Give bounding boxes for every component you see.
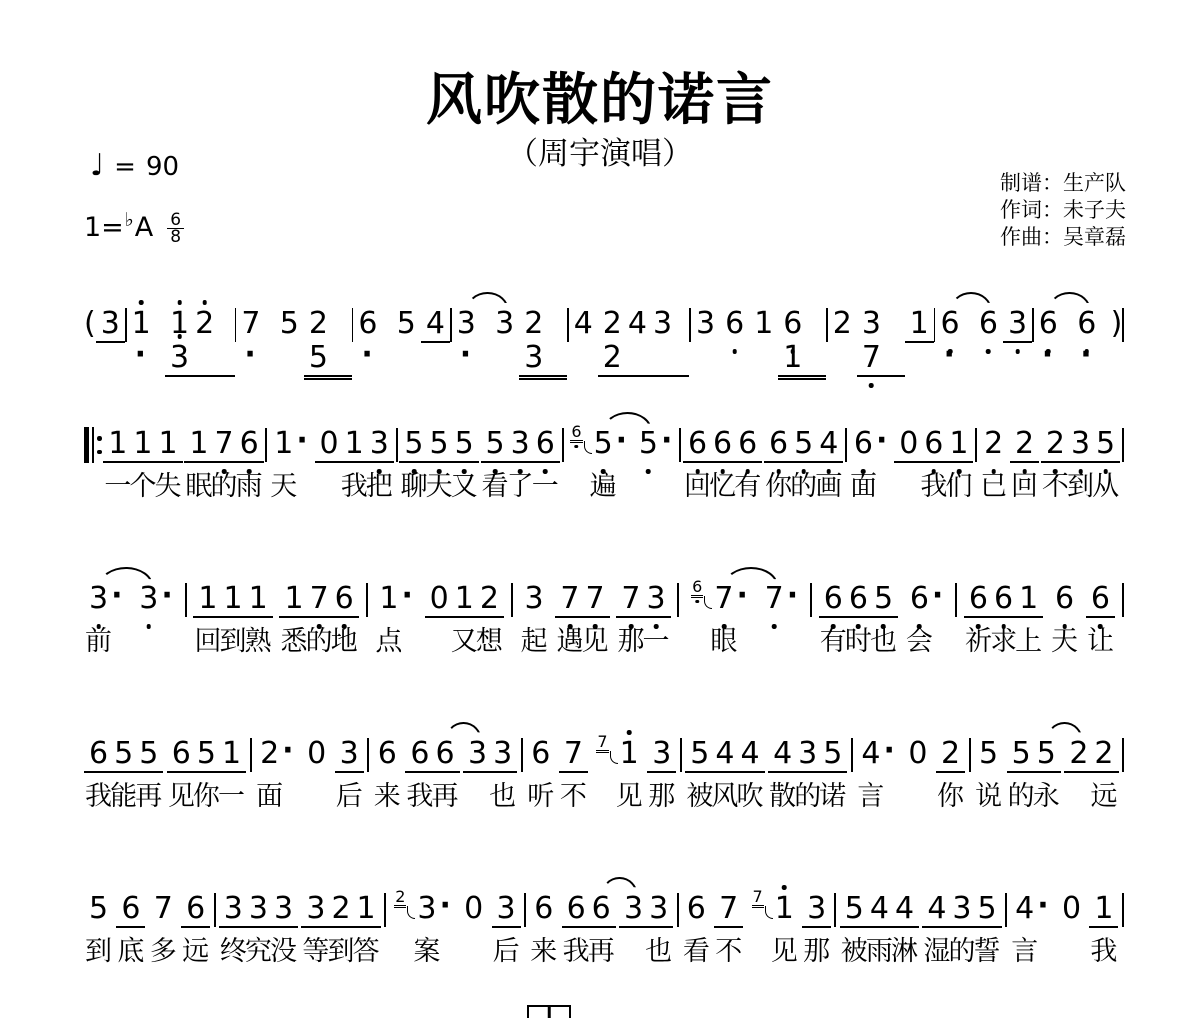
note: 6忆 [713, 427, 732, 461]
note-digit: 3 [1008, 307, 1027, 341]
note: 65遍· [570, 427, 627, 461]
note: 3终 [224, 892, 243, 926]
note: 4散 [773, 737, 792, 771]
note: 1个 [133, 427, 152, 461]
note: 6· [358, 307, 386, 375]
lyric: 也 [645, 938, 672, 965]
note-digit: 3把 [370, 427, 389, 461]
note-digit: 1 [783, 341, 802, 375]
beam-group: 5聊5天5又 [399, 427, 478, 463]
note: 3 [495, 307, 514, 341]
note-group: 3 [691, 307, 720, 341]
beam-group: 7那3一 [616, 582, 670, 618]
note-digit: 3后 [340, 737, 359, 771]
octave-dot-low [772, 624, 777, 629]
note-group: 2已 [979, 427, 1008, 461]
lyric: 等 [302, 938, 329, 965]
beam-group: 5的5永 [1007, 737, 1061, 773]
rest: 0 [320, 427, 339, 461]
note: 3 [101, 307, 120, 341]
note-digit: 3的 [798, 737, 817, 771]
lyric: 回 [684, 473, 711, 500]
beam-group: 37 [857, 307, 905, 377]
note-digit: 7不 [719, 892, 738, 926]
beam-group: 6我5能5再 [84, 737, 163, 773]
note-digit: 5永 [1037, 737, 1056, 771]
octave-dot-low [732, 349, 737, 354]
lyric: 面 [850, 473, 877, 500]
note: 3· [139, 582, 173, 616]
note-group: 3起 [520, 582, 549, 616]
note: 6再 [592, 892, 611, 926]
note-digit: 2远 [1094, 737, 1113, 771]
note-group: 5说 [974, 737, 1003, 771]
grace-hook [610, 751, 618, 764]
lyric: 我 [920, 473, 947, 500]
note: 5你 [197, 737, 216, 771]
note: 3那 [807, 892, 826, 926]
barline [265, 428, 267, 462]
note: 4风 [715, 737, 734, 771]
lyric: 已 [980, 473, 1007, 500]
beam-group: 6祈6求1上 [964, 582, 1043, 618]
lyric: 多 [150, 938, 177, 965]
note: 1上 [1019, 582, 1038, 616]
lyric: 言 [1011, 938, 1038, 965]
note-digit: 7 [241, 307, 260, 341]
note: 4言· [861, 737, 895, 771]
note: 1 [754, 307, 773, 341]
note: 3的 [798, 737, 817, 771]
lyric: 我 [563, 938, 590, 965]
beam-group: 2你 [936, 737, 965, 773]
note: 7遇 [560, 582, 579, 616]
note-digit: 7见 [586, 582, 605, 616]
note: 5被 [845, 892, 864, 926]
note-digit: 0 [430, 582, 449, 616]
lyric: 说 [975, 783, 1002, 810]
note: 6时 [849, 582, 868, 616]
lyric: 见 [616, 783, 643, 810]
note-digit: 6面 [854, 427, 873, 461]
note-digit: 5说 [979, 737, 998, 771]
note: 2面· [260, 737, 294, 771]
augmentation-dot: · [361, 337, 372, 372]
note: 6会· [910, 582, 944, 616]
note-digit: 5天 [430, 427, 449, 461]
note: 2远 [1094, 737, 1113, 771]
lyric: 我 [341, 473, 368, 500]
note-digit: 6我 [924, 427, 943, 461]
note: 1一 [108, 427, 127, 461]
augmentation-dot: · [1037, 888, 1048, 923]
note-digit: 6 [358, 307, 377, 341]
note: 23案· [394, 892, 451, 926]
note: 7那 [621, 582, 640, 616]
note-group: 3前· [84, 582, 128, 616]
beam-group: 6远 [181, 892, 210, 928]
note-group: 1· [127, 307, 165, 375]
note-digit: 6 [1039, 307, 1058, 341]
note-digit: 3 [139, 582, 158, 616]
barline [367, 738, 369, 772]
beam-group: 123 [165, 307, 235, 377]
note: 5看 [486, 427, 505, 461]
note: 2已 [984, 427, 1003, 461]
note-group: 7· [236, 307, 274, 375]
augmentation-dot: · [111, 578, 122, 613]
beam-group: 1我 [1089, 892, 1118, 928]
lyric: 时 [845, 628, 872, 655]
note-digit: 5 [309, 341, 328, 375]
barline [524, 893, 526, 927]
beam-group: 3后 [492, 892, 521, 928]
note: 3 [653, 307, 672, 341]
note-digit: 3 [101, 307, 120, 341]
beam-group: 3 [1003, 307, 1032, 343]
note: 6底 [121, 892, 140, 926]
note-digit: 4湿 [927, 892, 946, 926]
note-digit: 2已 [984, 427, 1003, 461]
lyric: 遍 [590, 473, 617, 500]
note: 6天 [1055, 582, 1074, 616]
barline [1122, 308, 1124, 342]
note-digit: 3 [624, 892, 643, 926]
note: 2 [524, 307, 543, 341]
octave-dot-high [177, 334, 182, 339]
lyric: 到 [1067, 473, 1094, 500]
augmentation-dot: · [736, 578, 747, 613]
note: 1悉 [284, 582, 303, 616]
beam-group: 6回6忆6有 [683, 427, 762, 463]
lyric: 把 [366, 473, 393, 500]
note-digit: 6再 [592, 892, 611, 926]
lyric: 见 [582, 628, 609, 655]
note-digit: 4言 [1015, 892, 1034, 926]
note-digit: 4淋 [895, 892, 914, 926]
beam-group: 6你5的4画 [764, 427, 843, 463]
note-digit: 5的 [1012, 737, 1031, 771]
note: 6祈 [969, 582, 988, 616]
augmentation-dot: · [1042, 337, 1053, 372]
augmentation-dot: · [401, 578, 412, 613]
lyric: 上 [1015, 628, 1042, 655]
barline [834, 893, 836, 927]
note-digit: 3那 [807, 892, 826, 926]
note: 6 [783, 307, 802, 341]
note-group: 6· [353, 307, 391, 375]
beam-group: 06我1们 [894, 427, 973, 463]
note: 5被 [690, 737, 709, 771]
beam-group: 6底 [116, 892, 145, 928]
note-digit: 2你 [941, 737, 960, 771]
augmentation-dot: · [296, 423, 307, 458]
note-digit: 3一 [646, 582, 665, 616]
music-systems: (31·1237·5256·543·323424323616123716·636… [0, 0, 1200, 1018]
beam-group: 33也 [619, 892, 673, 928]
beam-group: 7遇7见 [555, 582, 609, 618]
cutoff-fragment [527, 1005, 571, 1018]
note: 4言· [1015, 892, 1049, 926]
lyric: 再 [135, 783, 162, 810]
lyric: 誓 [974, 938, 1001, 965]
note-digit: 3案 [417, 892, 436, 926]
note-group: 6看 [682, 892, 711, 926]
note: 5聊 [404, 427, 423, 461]
lyric: 让 [1087, 628, 1114, 655]
note: 2你 [941, 737, 960, 771]
lyric: 的 [948, 938, 975, 965]
note: 4雨 [870, 892, 889, 926]
note-digit: 3 [495, 307, 514, 341]
beam-group: 7不 [714, 892, 743, 928]
beam-group: 6我6再 [405, 737, 459, 773]
note-digit: 6看 [687, 892, 706, 926]
lyric: 吹 [737, 783, 764, 810]
note-digit: 3没 [274, 892, 293, 926]
note-digit: 6求 [994, 582, 1013, 616]
note-digit: 6有 [824, 582, 843, 616]
note: 7的 [310, 582, 329, 616]
lyric: 地 [331, 628, 358, 655]
note: 6有 [738, 427, 757, 461]
note: 3后 [497, 892, 516, 926]
note: 3了 [511, 427, 530, 461]
note: 1到 [223, 582, 242, 616]
note-group: 65遍· [565, 427, 632, 461]
note-digit: 2 [195, 307, 214, 341]
note-digit: 5遍 [594, 427, 613, 461]
note-digit: 3 [696, 307, 715, 341]
beam-group: 4散3的5诺 [768, 737, 847, 773]
note-digit: 2不 [1046, 427, 1065, 461]
grace-note: 7 [752, 889, 764, 908]
note-digit: 4雨 [870, 892, 889, 926]
note-digit: 0 [899, 427, 918, 461]
note: 6我 [924, 427, 943, 461]
sheet-music-page: 风吹散的诺言 （周宇演唱） ♩=90 1=♭A68 制谱：生产队 作词：未子夫 … [0, 0, 1200, 1018]
lyric: 遇 [556, 628, 583, 655]
note: 1 [783, 341, 802, 375]
system-2: 1一1个1失1眠7的6雨1天·01我3把5聊5天5又5看3了6一65遍·5·6回… [84, 409, 1129, 527]
note-digit: 0 [307, 737, 326, 771]
lyric: 雨 [866, 938, 893, 965]
note-group: 6面· [849, 427, 893, 461]
note-digit: 5诺 [823, 737, 842, 771]
augmentation-dot: · [135, 337, 146, 372]
note-digit: 1熟 [249, 582, 268, 616]
note-group: 5到 [84, 892, 113, 926]
lyric: 见 [771, 938, 798, 965]
lyric: 究 [245, 938, 272, 965]
note-digit: 3后 [497, 892, 516, 926]
note-group: 6来 [373, 737, 402, 771]
note: 1天· [274, 427, 308, 461]
beam-group: 6让 [1086, 582, 1115, 618]
note-digit: 6一 [536, 427, 555, 461]
note-group: 0 [903, 737, 932, 771]
note-digit: 3终 [224, 892, 243, 926]
note: 3 [624, 892, 643, 926]
note-digit: 3 [653, 307, 672, 341]
lyric: 点 [375, 628, 402, 655]
grace-hook [584, 441, 592, 454]
note: 5 [280, 307, 299, 341]
barline [955, 583, 957, 617]
lyric: 忆 [709, 473, 736, 500]
note-digit: 1点 [379, 582, 398, 616]
barline [384, 893, 386, 927]
note: 5的 [1012, 737, 1031, 771]
note: 4吹 [740, 737, 759, 771]
note-group: 71见 [591, 737, 643, 771]
note: 6我 [89, 737, 108, 771]
beam-group: 3等2到1答 [301, 892, 380, 928]
lyric: 前 [85, 628, 112, 655]
note-digit: 3等 [306, 892, 325, 926]
note-digit: 3 [468, 737, 487, 771]
note-digit: 5你 [197, 737, 216, 771]
beam-group: 22远 [1064, 737, 1118, 773]
note-group: 6 [720, 307, 749, 341]
repeat-start-barline [84, 427, 102, 463]
note-digit: 6祈 [969, 582, 988, 616]
rest: 0 [899, 427, 918, 461]
lyric: 被 [841, 938, 868, 965]
note-digit: 6 [940, 307, 959, 341]
note-digit: 3前 [89, 582, 108, 616]
augmentation-dot: · [282, 733, 293, 768]
note-digit: 0 [908, 737, 927, 771]
beam-group: 1一1个1失 [103, 427, 182, 463]
lyric: 雨 [236, 473, 263, 500]
lyric: 也 [870, 628, 897, 655]
note-group: 67眼· [686, 582, 753, 616]
note: 4淋 [895, 892, 914, 926]
note-group: 1点· [374, 582, 418, 616]
beam-group: 6见5你1一 [167, 737, 246, 773]
lyric: 答 [353, 938, 380, 965]
note: 7 [862, 341, 881, 375]
augmentation-dot: · [787, 578, 798, 613]
lyric: 不 [715, 938, 742, 965]
note-digit: 3到 [1071, 427, 1090, 461]
note: 6回 [688, 427, 707, 461]
lyric: 熟 [245, 628, 272, 655]
note: 5能 [114, 737, 133, 771]
note: 6见 [172, 737, 191, 771]
note: 3的 [952, 892, 971, 926]
note: 5也 [874, 582, 893, 616]
beam-group: 23 [519, 307, 567, 377]
note: 6你 [769, 427, 788, 461]
note: 4 [426, 307, 445, 341]
note: 6我 [410, 737, 429, 771]
beam-group: 61 [778, 307, 826, 377]
barline [810, 583, 812, 617]
lyric: 起 [521, 628, 548, 655]
note-group: 5 [275, 307, 304, 341]
note: 3也 [649, 892, 668, 926]
lyric: 能 [110, 783, 137, 810]
lyric: 见 [168, 783, 195, 810]
lyric: 个 [129, 473, 156, 500]
grace-hook [765, 906, 773, 919]
augmentation-dot: · [943, 337, 954, 372]
barline [679, 428, 681, 462]
lyric: 一 [104, 473, 131, 500]
note: 5永 [1037, 737, 1056, 771]
rest: 0 [464, 892, 483, 926]
augmentation-dot: · [1080, 337, 1091, 372]
note: 5说 [979, 737, 998, 771]
note: 6面· [854, 427, 888, 461]
note-digit: 3究 [249, 892, 268, 926]
note-digit: 5也 [874, 582, 893, 616]
note: 5的 [794, 427, 813, 461]
note-digit: 6远 [186, 892, 205, 926]
note-digit: 7的 [214, 427, 233, 461]
lyric: 了 [507, 473, 534, 500]
note-digit: 5到 [89, 892, 108, 926]
lyric: 有 [820, 628, 847, 655]
note-digit: 1到 [223, 582, 242, 616]
system-3: 3前·3·1回1到1熟1悉7的6地1点·01又2想3起7遇7见7那3一67眼·7… [84, 564, 1129, 682]
barline [845, 428, 847, 462]
beam-group: 2不3到5从 [1041, 427, 1120, 463]
note-digit: 2 [309, 307, 328, 341]
note: 3起 [525, 582, 544, 616]
parenthesis: ) [1111, 307, 1123, 341]
lyric: 案 [413, 938, 440, 965]
note: 71见 [752, 892, 794, 926]
note: 6远 [186, 892, 205, 926]
note-digit: 4 [628, 307, 647, 341]
note-digit: 3的 [952, 892, 971, 926]
note-digit: 4吹 [740, 737, 759, 771]
note: 7见 [586, 582, 605, 616]
lyric: 求 [990, 628, 1017, 655]
note: 7不 [719, 892, 738, 926]
lyric: 有 [734, 473, 761, 500]
augmentation-dot: · [883, 733, 894, 768]
note-digit: 2 [603, 307, 622, 341]
note-digit: 6来 [534, 892, 553, 926]
note: 3 [696, 307, 715, 341]
note: 6听 [531, 737, 550, 771]
barline [677, 583, 679, 617]
octave-dot-high [177, 300, 182, 305]
note-digit: 1 [132, 307, 151, 341]
note-digit: 1天 [274, 427, 293, 461]
note: 3 [862, 307, 881, 341]
lyric: 远 [1090, 783, 1117, 810]
note-digit: 2 [1069, 737, 1088, 771]
barline [511, 583, 513, 617]
barline [1122, 738, 1124, 772]
lyric: 来 [530, 938, 557, 965]
lyric: 到 [327, 938, 354, 965]
octave-dot-high [139, 300, 144, 305]
note-group: 0 [1057, 892, 1086, 926]
note: 2回 [1015, 427, 1034, 461]
note-digit: 5聊 [404, 427, 423, 461]
octave-dot-low [147, 624, 152, 629]
note: 5从 [1096, 427, 1115, 461]
lyric: 不 [1042, 473, 1069, 500]
note-digit: 0 [1062, 892, 1081, 926]
lyric: 的 [211, 473, 238, 500]
